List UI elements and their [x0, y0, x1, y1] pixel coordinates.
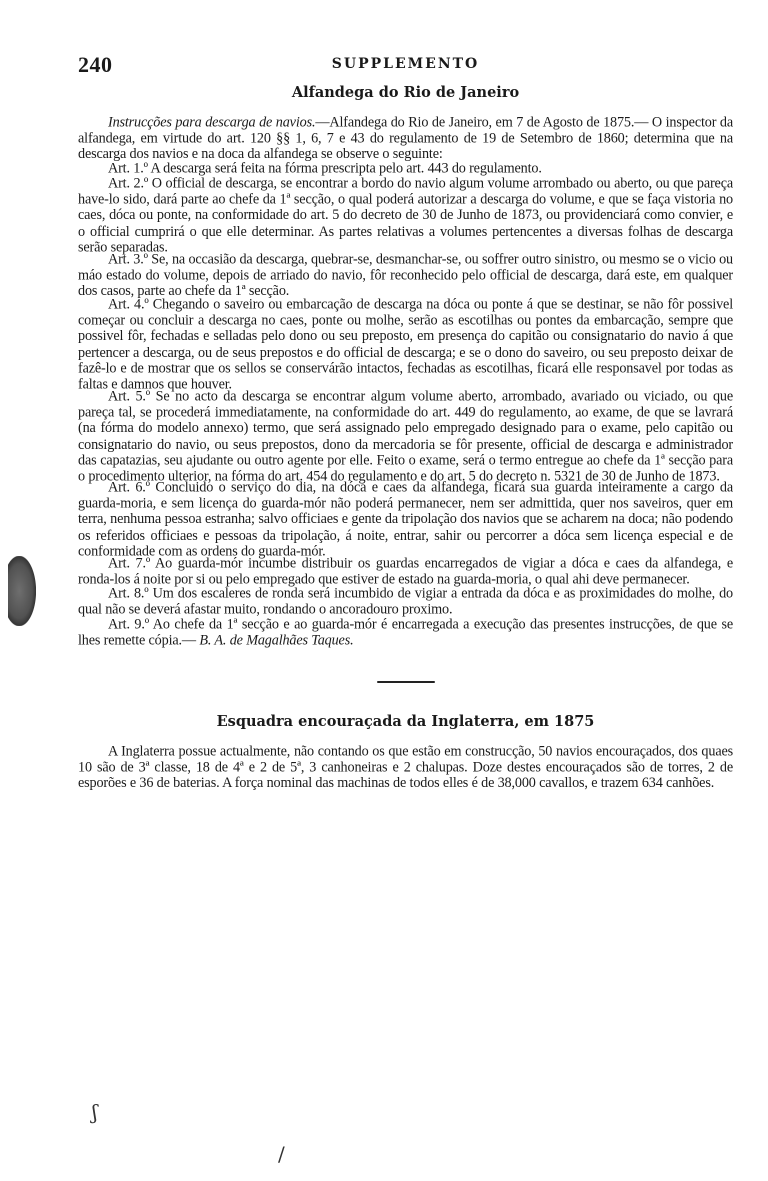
article-2: Art. 2.º O official de descarga, se enco…	[78, 176, 733, 256]
article-9: Art. 9.º Ao chefe da 1ª secção e ao guar…	[78, 617, 733, 649]
article-8: Art. 8.º Um dos escaleres de ronda será …	[78, 586, 733, 618]
article-3: Art. 3.º Se, na occasião da descarga, qu…	[78, 252, 733, 300]
document-page: 240 SUPPLEMENTO Alfandega do Rio de Jane…	[78, 52, 733, 790]
article-5: Art. 5.º Se no acto da descarga se encon…	[78, 389, 733, 485]
signature: B. A. de Magalhães Taques.	[199, 632, 353, 649]
page-header: 240 SUPPLEMENTO	[78, 52, 733, 78]
running-head: SUPPLEMENTO	[78, 56, 733, 72]
scan-mark-artifact: ʃ	[92, 1100, 97, 1124]
section-divider	[377, 681, 435, 683]
article-9-text: Art. 9.º Ao chefe da 1ª secção e ao guar…	[78, 616, 733, 649]
scan-blot-artifact	[8, 556, 36, 626]
article-4: Art. 4.º Chegando o saveiro ou embarcaçã…	[78, 297, 733, 393]
article-7: Art. 7.º Ao guarda-mór incumbe distribui…	[78, 556, 733, 588]
scan-mark-artifact: /	[278, 1142, 285, 1166]
intro-italic-heading: Instrucções para descarga de navios.	[108, 114, 315, 131]
intro-paragraph: Instrucções para descarga de navios.—Alf…	[78, 115, 733, 163]
section-title: Esquadra encouraçada da Inglaterra, em 1…	[78, 713, 733, 730]
section-title: Alfandega do Rio de Janeiro	[78, 84, 733, 101]
article-6: Art. 6.º Concluido o serviço do dia, na …	[78, 480, 733, 560]
section2-body: A Inglaterra possue actualmente, não con…	[78, 744, 733, 792]
